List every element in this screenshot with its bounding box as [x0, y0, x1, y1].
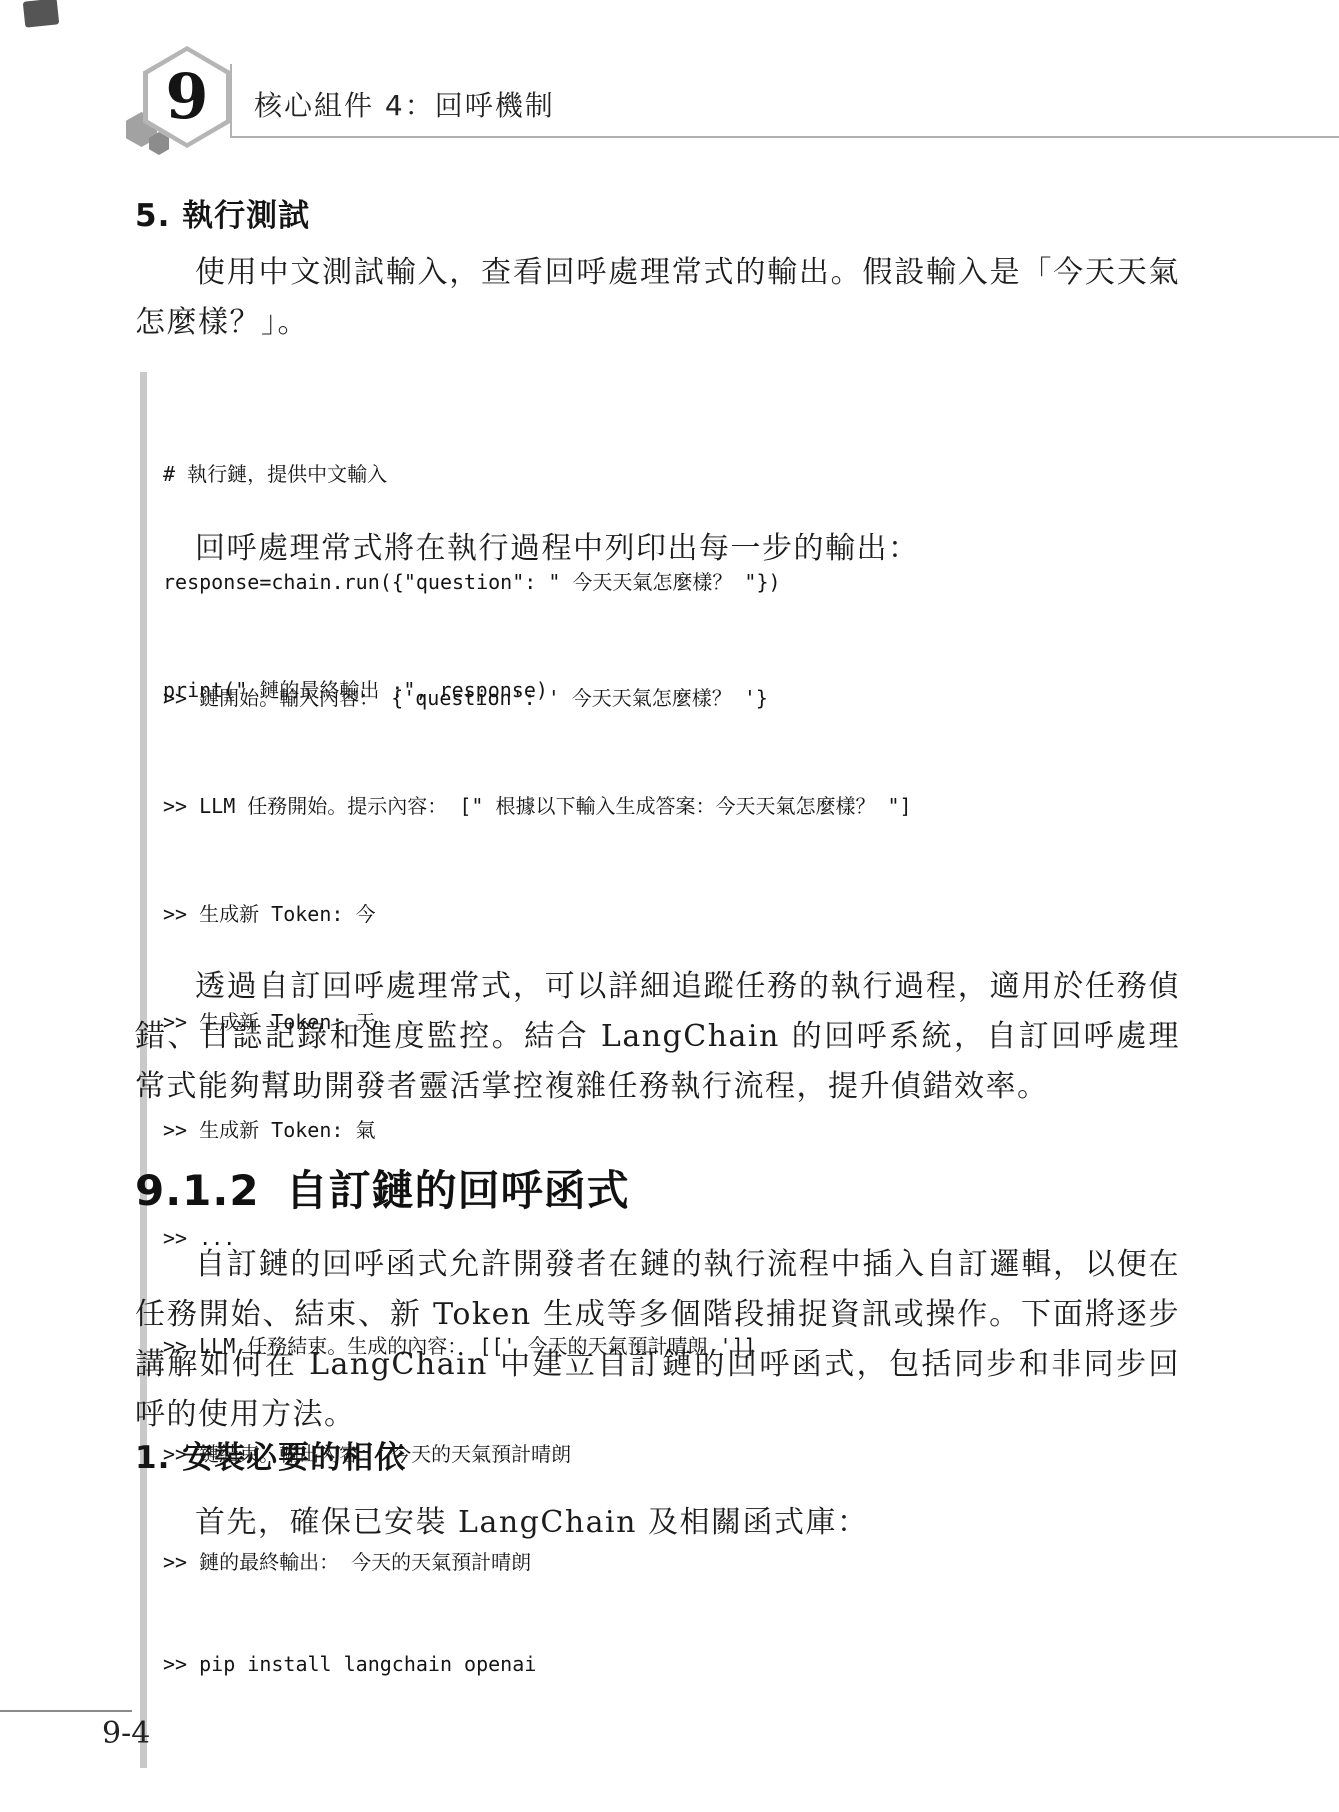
output-line: >> 生成新 Token: 今 — [163, 896, 1200, 932]
chapter-title: 核心組件 4：回呼機制 — [254, 84, 555, 124]
section-heading-run-test: 5. 執行測試 — [135, 190, 310, 235]
paragraph-callback-note: 回呼處理常式將在執行過程中列印出每一步的輸出： — [135, 524, 1180, 574]
paragraph-summary: 透過自訂回呼處理常式，可以詳細追蹤任務的執行過程，適用於任務偵錯、日誌記錄和進度… — [135, 962, 1180, 1112]
chapter-number: 9 — [165, 66, 208, 128]
header-rule — [232, 136, 1339, 138]
code-line: >> pip install langchain openai — [163, 1646, 1200, 1682]
paragraph-912-intro: 自訂鏈的回呼函式允許開發者在鏈的執行流程中插入自訂邏輯，以便在任務開始、結束、新… — [135, 1240, 1180, 1440]
code-block-pip-install: >> pip install langchain openai — [140, 1562, 1200, 1768]
page-number: 9-4 — [102, 1716, 150, 1751]
paragraph-install-intro: 首先，確保已安裝 LangChain 及相關函式庫： — [135, 1498, 1180, 1548]
section-title: 自訂鏈的回呼函式 — [286, 1166, 630, 1215]
output-line: >> 生成新 Token: 氣 — [163, 1112, 1200, 1148]
output-line: >> LLM 任務開始。提示內容： [" 根據以下輸入生成答案：今天天氣怎麼樣？… — [163, 788, 1200, 824]
corner-mark — [23, 0, 60, 28]
section-heading-912: 9.1.2自訂鏈的回呼函式 — [135, 1158, 630, 1218]
book-page: 9 核心組件 4：回呼機制 5. 執行測試 使用中文測試輸入，查看回呼處理常式的… — [0, 0, 1339, 1812]
code-line: # 執行鏈，提供中文輸入 — [163, 456, 1200, 492]
output-line: >> 鏈開始。輸入內容： {'question': ' 今天天氣怎麼樣？ '} — [163, 680, 1200, 716]
subsection-heading-install: 1. 安裝必要的相依 — [135, 1432, 406, 1477]
section-number: 9.1.2 — [135, 1166, 260, 1215]
footer-rule — [0, 1710, 132, 1712]
paragraph-intro: 使用中文測試輸入，查看回呼處理常式的輸出。假設輸入是「今天天氣怎麼樣？」。 — [135, 248, 1180, 348]
